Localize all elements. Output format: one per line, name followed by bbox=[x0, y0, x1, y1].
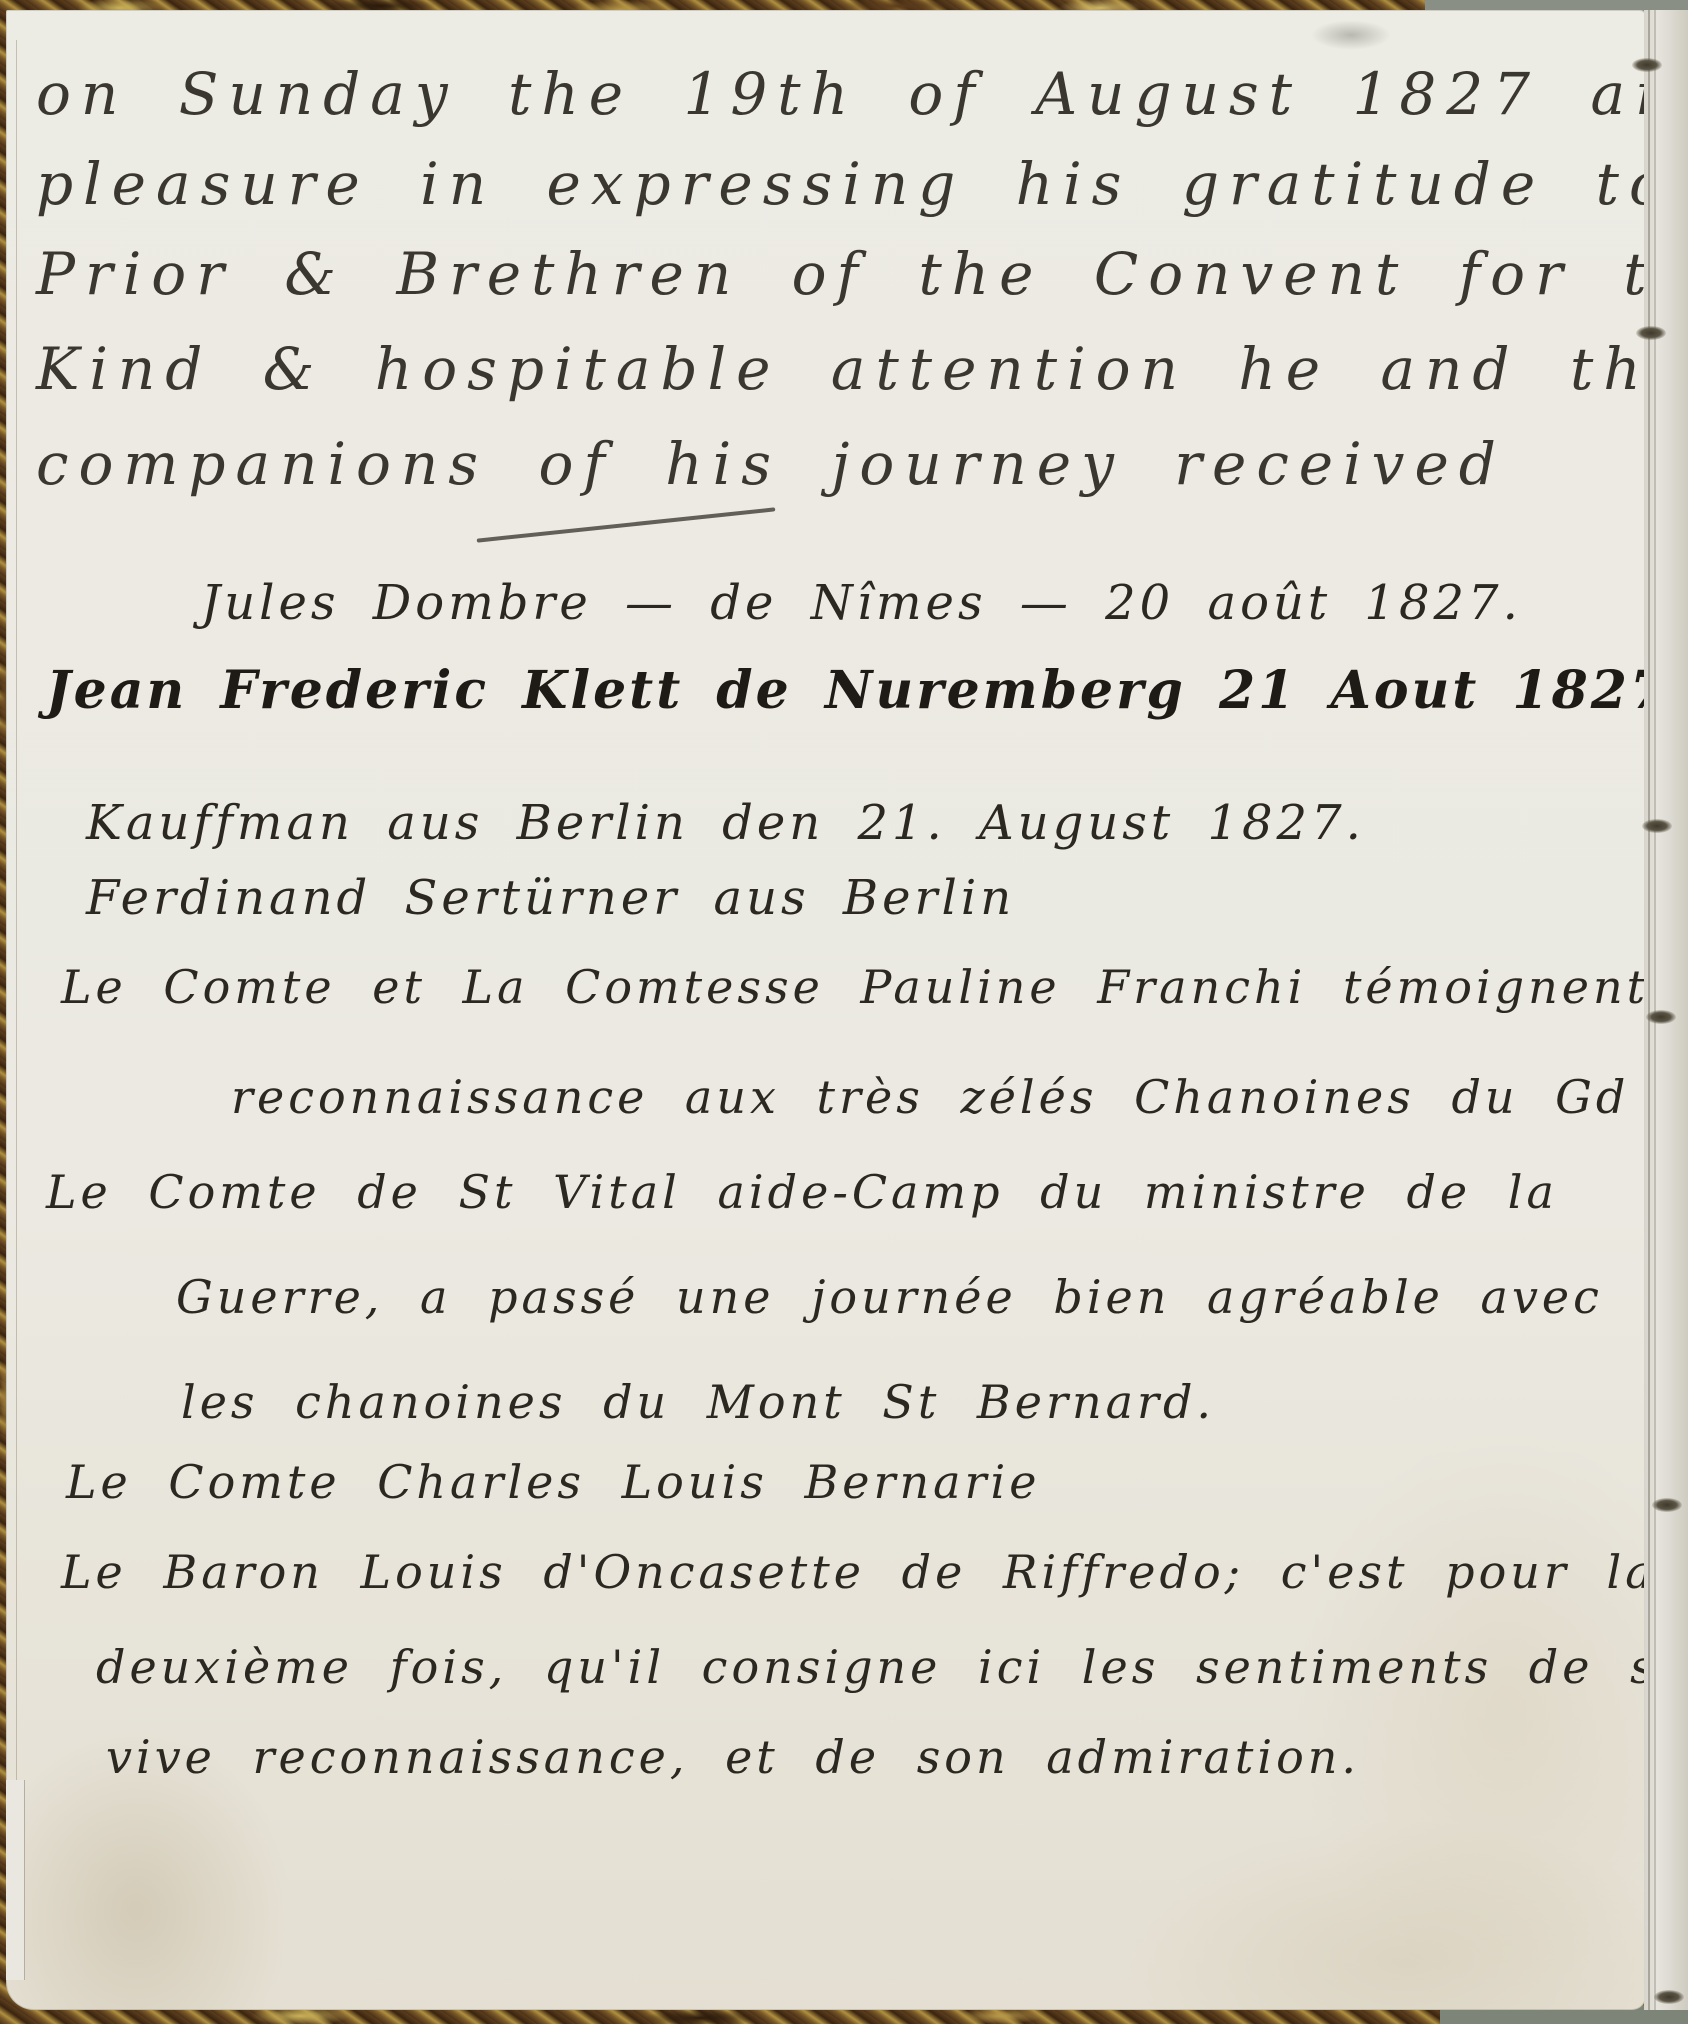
lower-page-edge bbox=[6, 1780, 25, 1980]
english-line-5: companions of his journey received bbox=[36, 430, 1506, 498]
binding-stitch bbox=[1636, 326, 1666, 340]
binding-stitch bbox=[1652, 1498, 1682, 1512]
baron-line-1: Le Baron Louis d'Oncasette de Riffredo; … bbox=[61, 1545, 1646, 1599]
binding-stitch bbox=[1642, 819, 1672, 833]
signature-klett: Jean Frederic Klett de Nuremberg 21 Aout… bbox=[46, 660, 1646, 721]
st-vital-line-3: les chanoines du Mont St Bernard. bbox=[181, 1375, 1215, 1429]
english-line-4: Kind & hospitable attention he and the bbox=[36, 335, 1646, 403]
signature-charles: Le Comte Charles Louis Bernarie bbox=[66, 1455, 1040, 1509]
baron-line-2: deuxième fois, qu'il consigne ici les se… bbox=[96, 1640, 1646, 1694]
franchi-line-1: Le Comte et La Comtesse Pauline Franchi … bbox=[61, 960, 1646, 1014]
english-line-2: pleasure in expressing his gratitude to … bbox=[36, 150, 1646, 218]
binding-stitch bbox=[1654, 1990, 1684, 2004]
signature-kauffman: Kauffman aus Berlin den 21. August 1827. bbox=[86, 795, 1365, 851]
franchi-line-2: reconnaissance aux très zélés Chanoines … bbox=[231, 1070, 1646, 1124]
gutter-fold-line bbox=[1648, 10, 1650, 2010]
underline-stroke bbox=[477, 507, 776, 542]
binding-stitch bbox=[1646, 1010, 1676, 1024]
signature-serturner: Ferdinand Sertürner aus Berlin bbox=[86, 870, 1015, 926]
st-vital-line-1: Le Comte de St Vital aide-Camp du minist… bbox=[46, 1165, 1558, 1219]
st-vital-line-2: Guerre, a passé une journée bien agréabl… bbox=[176, 1270, 1603, 1324]
binding-stitch bbox=[1632, 58, 1662, 72]
baron-line-3: vive reconnaissance, et de son admiratio… bbox=[106, 1730, 1360, 1784]
english-line-3: Prior & Brethren of the Convent for the bbox=[36, 240, 1646, 308]
handwritten-text: on Sunday the 19th of August 1827 and fe… bbox=[6, 10, 1646, 2010]
manuscript-page: on Sunday the 19th of August 1827 and fe… bbox=[6, 10, 1646, 2010]
english-line-1: on Sunday the 19th of August 1827 and fe… bbox=[36, 60, 1646, 128]
signature-jules-dombre: Jules Dombre — de Nîmes — 20 août 1827. bbox=[201, 575, 1522, 631]
